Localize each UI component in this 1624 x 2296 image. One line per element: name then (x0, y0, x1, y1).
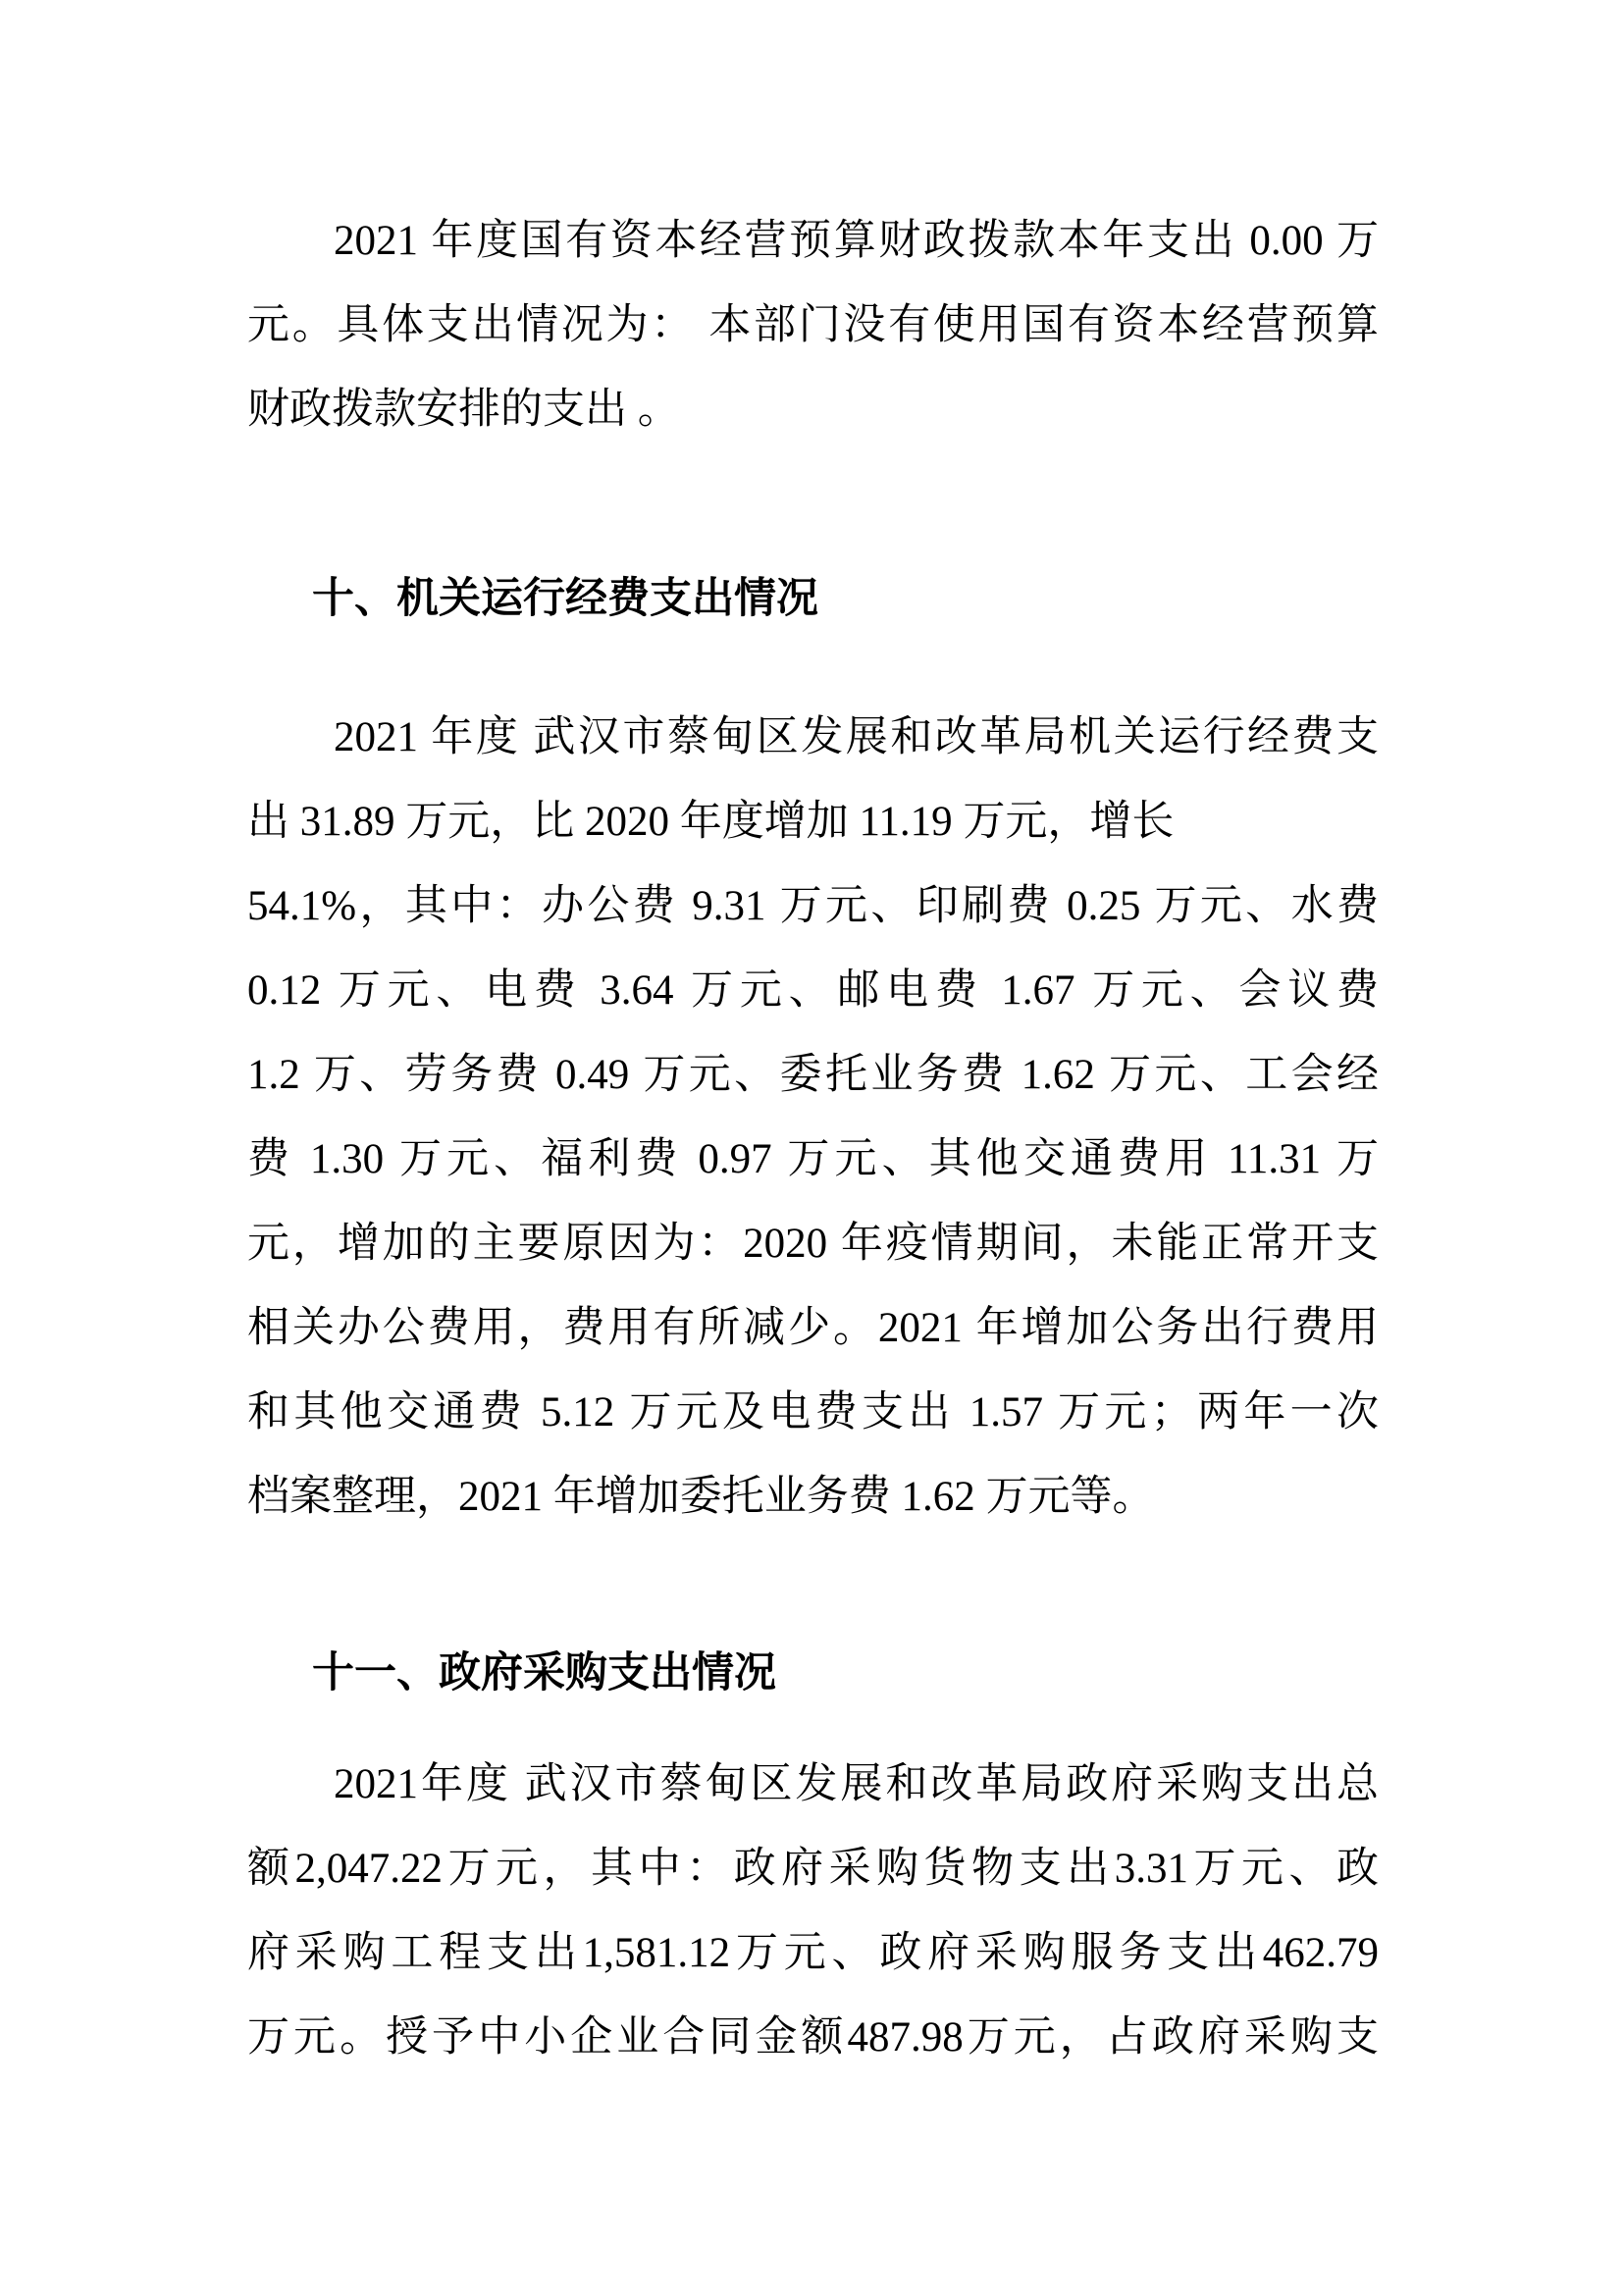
text-line: 元，增加的主要原因为：2020 年疫情期间，未能正常开支 (247, 1202, 1379, 1286)
text-line: 费 1.30 万元、福利费 0.97 万元、其他交通费用 11.31 万 (247, 1118, 1379, 1202)
paragraph-soe-capital-budget: 2021 年度国有资本经营预算财政拨款本年支出 0.00 万 元。具体支出情况为… (247, 199, 1379, 452)
text-line: 2021 年度 武汉市蔡甸区发展和改革局机关运行经费支 (247, 696, 1379, 780)
document-content: 2021 年度国有资本经营预算财政拨款本年支出 0.00 万 元。具体支出情况为… (247, 199, 1379, 2080)
text-line: 相关办公费用，费用有所减少。2021 年增加公务出行费用 (247, 1286, 1379, 1371)
text-line: 54.1%，其中：办公费 9.31 万元、印刷费 0.25 万元、水费 (247, 864, 1379, 949)
text-line: 2021年度 武汉市蔡甸区发展和改革局政府采购支出总 (247, 1743, 1379, 1827)
heading-section-11: 十一、政府采购支出情况 (312, 1631, 1379, 1715)
paragraph-operating-expenses: 2021 年度 武汉市蔡甸区发展和改革局机关运行经费支 出 31.89 万元，比… (247, 696, 1379, 1539)
text-line: 2021 年度国有资本经营预算财政拨款本年支出 0.00 万 (247, 199, 1379, 284)
heading-section-10: 十、机关运行经费支出情况 (312, 556, 1379, 641)
text-line: 0.12 万元、电费 3.64 万元、邮电费 1.67 万元、会议费 (247, 949, 1379, 1033)
text-line: 府采购工程支出1,581.12万元、政府采购服务支出462.79 (247, 1911, 1379, 1996)
text-line: 财政拨款安排的支出 。 (247, 368, 1379, 452)
document-page: 2021 年度国有资本经营预算财政拨款本年支出 0.00 万 元。具体支出情况为… (0, 0, 1624, 2296)
paragraph-government-procurement: 2021年度 武汉市蔡甸区发展和改革局政府采购支出总 额2,047.22万元，其… (247, 1743, 1379, 2080)
text-line: 额2,047.22万元，其中：政府采购货物支出3.31万元、政 (247, 1827, 1379, 1911)
text-line: 和其他交通费 5.12 万元及电费支出 1.57 万元；两年一次 (247, 1371, 1379, 1455)
text-line: 出 31.89 万元，比 2020 年度增加 11.19 万元，增长 (247, 780, 1379, 864)
text-line: 元。具体支出情况为： 本部门没有使用国有资本经营预算 (247, 284, 1379, 368)
text-line: 档案整理，2021 年增加委托业务费 1.62 万元等。 (247, 1455, 1379, 1539)
text-line: 万元。授予中小企业合同金额487.98万元，占政府采购支 (247, 1996, 1379, 2080)
text-line: 1.2 万、劳务费 0.49 万元、委托业务费 1.62 万元、工会经 (247, 1033, 1379, 1118)
